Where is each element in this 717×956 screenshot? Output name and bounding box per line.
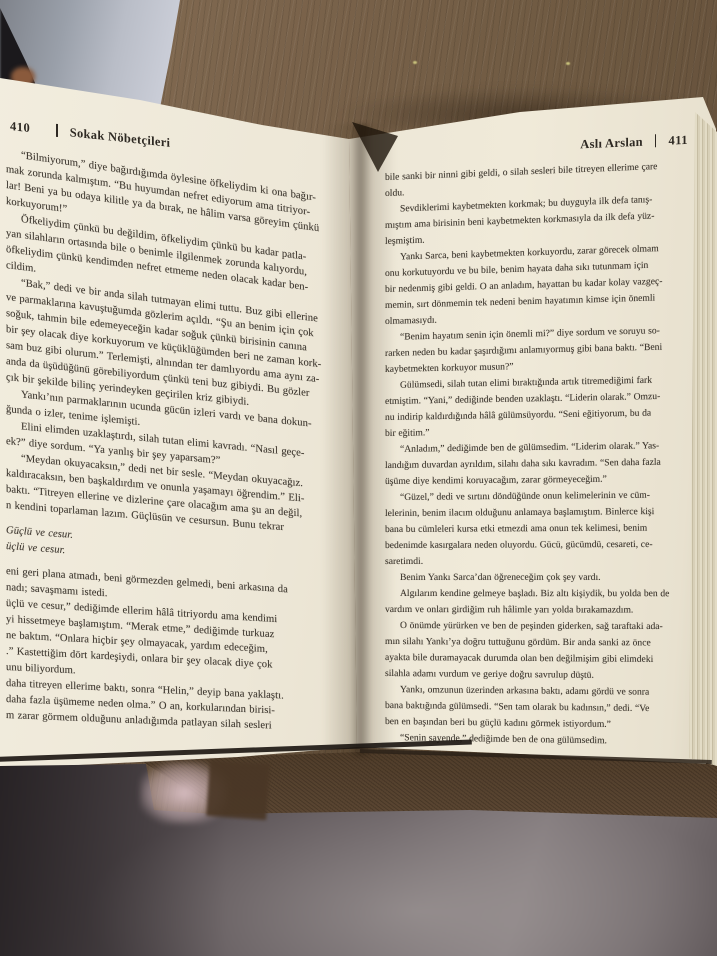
header-divider <box>56 124 58 137</box>
running-author: Aslı Arslan <box>580 135 643 152</box>
right-page-text: bile sanki bir ninni gibi geldi, o silah… <box>385 170 705 746</box>
right-page-number: 411 <box>668 133 688 148</box>
text-line: Benim Yankı Sarca’dan öğreneceğim çok şe… <box>385 570 705 586</box>
header-divider <box>655 134 657 147</box>
book-gutter-shadow <box>322 124 396 756</box>
crumb <box>566 62 570 65</box>
text-line: bedenimde kasırgalara neden oluyordu. Gü… <box>385 537 705 554</box>
text-line: lelerinin, benim ilacım olduğunu anlamay… <box>385 504 705 522</box>
text-line: O önümde yürürken ve ben de peşinden gid… <box>385 618 705 635</box>
text-line: vardım ve onları girdiğim ruh hâlimle ya… <box>385 602 705 619</box>
text-line: Algılarım kendine gelmeye başladı. Biz a… <box>385 586 705 602</box>
right-page-header: Aslı Arslan411 <box>470 131 688 158</box>
left-page-number: 410 <box>10 119 30 135</box>
text-line: saretimdi. <box>385 553 705 570</box>
text-line: bana bu cümleleri kursa etki etmezdi ama… <box>385 520 705 538</box>
dark-brown-object <box>206 760 270 820</box>
left-page-text: “Bilmiyorum,” diye bağırdığımda öylesine… <box>6 146 353 724</box>
photo-scene: 410Sokak Nöbetçileri “Bilmiyorum,” diye … <box>0 0 717 956</box>
crumb <box>413 61 417 64</box>
text-line: mın silahı Yankı’ya doğru tuttuğunu görd… <box>385 634 705 652</box>
